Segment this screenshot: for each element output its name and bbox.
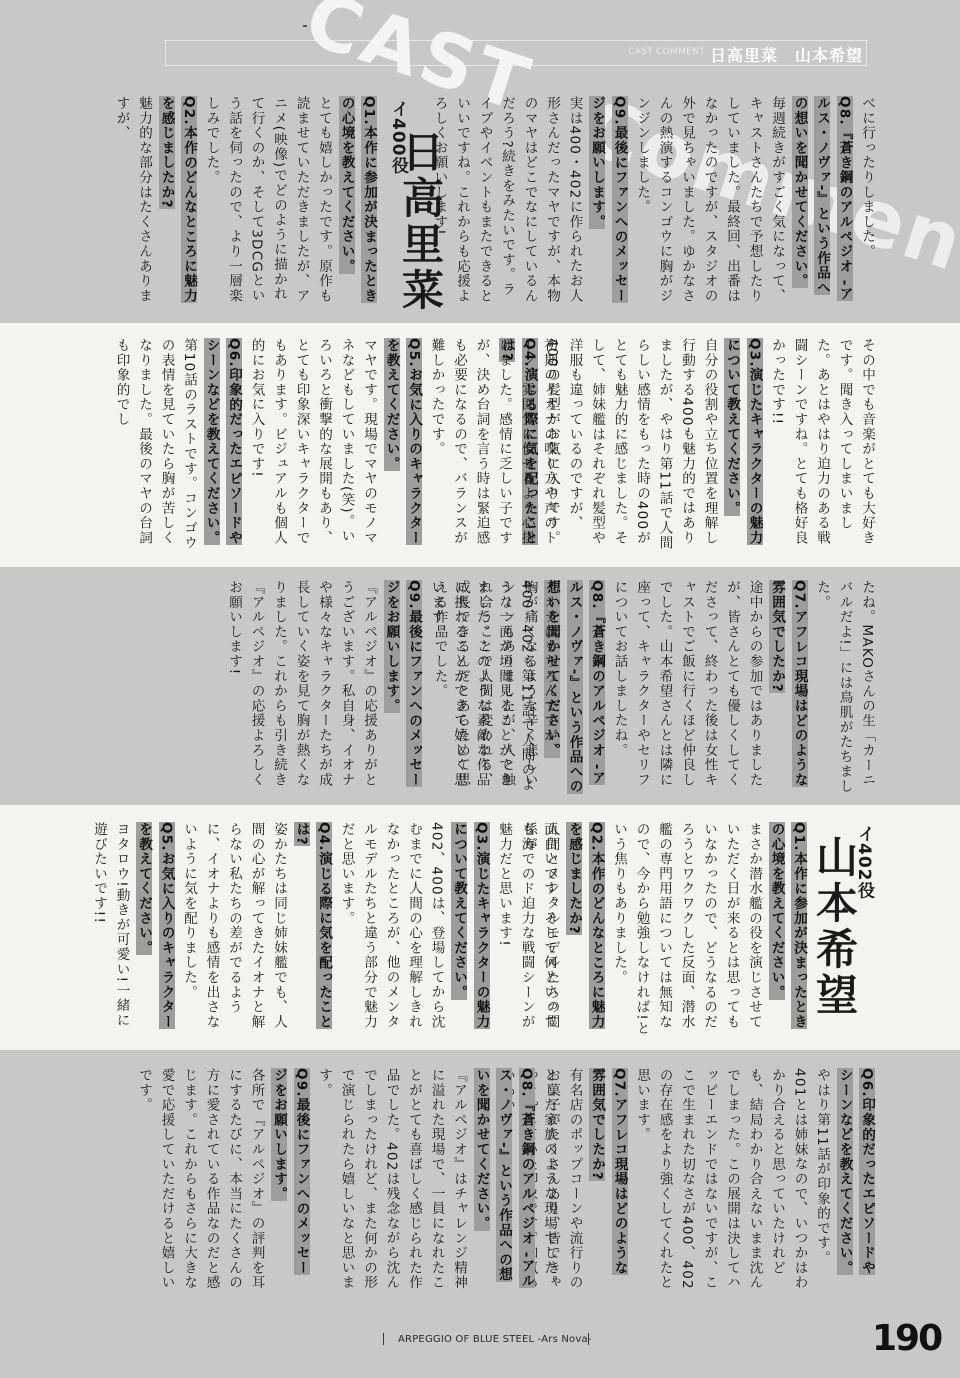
answer-text: たね。MAKOさんの生「カーニバルだよ!」には鳥肌がたちました。: [814, 580, 875, 794]
section-label: CAST COMMENT: [628, 47, 705, 57]
question-heading: Q7.アフレコ現場はどのような雰囲気でしたか?: [589, 1068, 628, 1275]
answer-text: 途中からの参加ではありましたが、皆さんとても優しくしてくださって、終わった後は女…: [612, 580, 763, 787]
answer-text: マヤです。現場でマヤのモノマネなどもしていました(笑)。いろいろと衝撃的な展開も…: [249, 338, 378, 545]
footer-title: ARPEGGIO OF BLUE STEEL -Ars Nova-: [398, 1334, 592, 1345]
hidaka-band3-right: たね。MAKOさんの生「カーニバルだよ!」には鳥肌がたちました。 Q7.アフレコ…: [562, 580, 878, 795]
answer-text: 初期のイオナの喋り方や声のトーン、雰囲気に似せるよう心掛けました。感情に乏しい子…: [429, 338, 558, 545]
question-heading: Q1.本作に参加が決まったときの心境を教えてください。: [339, 96, 378, 303]
answer-text: 『アルペジオ』はチャレンジ精神に溢れた現場で、一員になれたことがとても喜ばしく感…: [316, 1068, 467, 1290]
yamamoto-name: 山本希望: [810, 835, 859, 1019]
question-heading: Q1.本作に参加が決まったときの心境を教えてください。: [769, 822, 808, 1029]
footer-divider-left: [383, 1333, 384, 1345]
question-heading: Q5.お気に入りのキャラクターを教えてください。: [384, 338, 423, 545]
yamamoto-band4-right: Q1.本作に参加が決まったときの心境を教えてください。 まさか潜水艦の役を演じさ…: [562, 822, 810, 1040]
yamamoto-band5-right: Q6.印象的だったエピソードやシーンなどを教えてください。 やはり第11話が印象…: [562, 1068, 878, 1290]
answer-text: 面白いです。そして何といっても海でのド迫力な戦闘シーンが魅力だと思います!: [496, 822, 557, 1029]
answer-text: 毎週続きがすごく気になって、キャストさんたちで予想したりしていました。最終回、出…: [634, 96, 785, 303]
yamamoto-name-box: 山本希望: [810, 835, 858, 1019]
answer-text: 実は400・402に作られたお人形さんだったマヤですが、本物のマヤはどこでなにし…: [432, 96, 583, 303]
answer-text: その中でも音楽がとても大好きです。聞き入ってしまいました。あとはやはり迫力のある…: [769, 338, 875, 545]
hidaka-band1-right: べに行ったりしました。 Q8.『蒼き鋼のアルペジオ -アルス・ノヴァ-』という作…: [562, 96, 878, 308]
answer-text: とした家族のような現場でした。: [541, 1068, 557, 1290]
question-heading: Q3.演じたキャラクターの魅力について教えてください。: [724, 338, 763, 545]
hidaka-band3-left: イオナはもちろんですが、400、402も第11話で人間のような一面が垣間見ること…: [168, 580, 560, 795]
question-heading: Q9.最後にファンへのメッセージをお願いします。: [589, 96, 628, 303]
answer-text: やはり第11話が印象的です。401とは姉妹なので、いつかはわかり合えると思ってい…: [634, 1068, 830, 1290]
answer-text: 402、400は、登場してから沈むまでに人間の心を理解しきれなかったところが、他…: [339, 822, 445, 1029]
answer-text: とても嬉しかったです。原作も読ませていただきましたが、アニメ(映像)でどのように…: [204, 96, 333, 303]
question-heading: Q7.アフレコ現場はどのような雰囲気でしたか?: [769, 580, 808, 787]
question-heading: Q8.『蒼き鋼のアルペジオ -アルス・ノヴァ-』という作品への想いを聞かせてくだ…: [792, 96, 853, 301]
question-heading: Q4.演じる際に気を配ったことは?: [294, 822, 333, 1029]
header-cast-names: 日高里菜 山本希望: [710, 43, 863, 66]
answer-text: まさか潜水艦の役を演じさせていただく日が来るとは思ってもいなかったので、どうなる…: [611, 822, 762, 1036]
yamamoto-band4-left: 面白いです。そして何といっても海でのド迫力な戦闘シーンが魅力だと思います! Q3…: [168, 822, 560, 1040]
question-heading: Q6.印象的だったエピソードやシーンなどを教えてください。: [837, 1068, 876, 1275]
hidaka-band2-left: 初期のイオナの喋り方や声のトーン、雰囲気に似せるよう心掛けました。感情に乏しい子…: [168, 338, 560, 556]
answer-text: 各所で『アルペジオ』の評判を耳にするたびに、本当にたくさんの方に愛されている作品…: [136, 1068, 265, 1290]
answer-text: 自分の役割や立ち位置を理解し行動する400も魅力的ではありましたが、やはり第11…: [544, 338, 718, 550]
answer-text: べに行ったりしました。: [859, 96, 875, 259]
yamamoto-band5-left: とした家族のような現場でした。 Q8.『蒼き鋼のアルペジオ -アルス・ノヴァ-』…: [168, 1068, 560, 1290]
question-heading: Q8.『蒼き鋼のアルペジオ -アルス・ノヴァ-』という作品への想いを聞かせてくだ…: [474, 1068, 535, 1288]
answer-text: 『アルペジオ』の応援ありがとうございます。私自身、イオナや様々なキャラクターたち…: [226, 580, 377, 787]
question-heading: Q2.本作のどんなところに魅力を感じましたか?: [566, 822, 605, 1029]
answer-text: 姿かたちは同じ姉妹艦でも、人間の心が解ってきたイオナと解らない私たちの差がでるよ…: [181, 822, 287, 1029]
question-heading: Q9.最後にファンへのメッセージをお願いします。: [271, 1068, 310, 1275]
answer-text: イオナはもちろんですが、400、402も第11話で人間のような一面が垣間見ること…: [429, 580, 558, 792]
hidaka-band2-right: その中でも音楽がとても大好きです。聞き入ってしまいました。あとはやはり迫力のある…: [562, 338, 878, 556]
question-heading: Q9.最後にファンへのメッセージをお願いします。: [384, 580, 423, 787]
question-heading: Q6.印象的だったエピソードやシーンなどを教えてください。: [204, 338, 243, 545]
page-number: 190: [872, 1318, 941, 1359]
hidaka-band1-left: Q1.本作に参加が決まったときの心境を教えてください。 とても嬉しかったです。原…: [168, 96, 380, 308]
question-heading: Q3.演じたキャラクターの魅力について教えてください。: [451, 822, 490, 1029]
footer-divider-right: [588, 1333, 589, 1345]
